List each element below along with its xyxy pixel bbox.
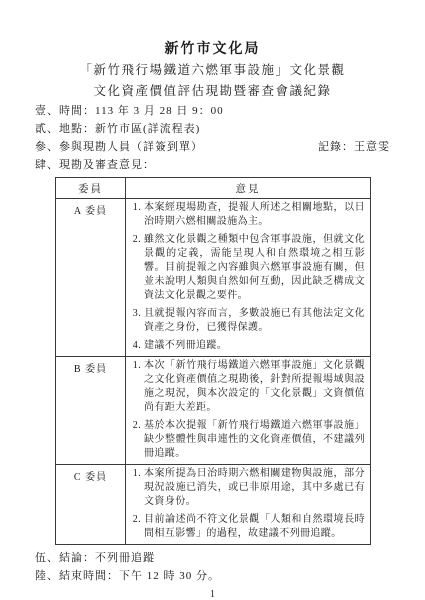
meta-time: 壹、時間：113 年 3 月 28 日 9：00 — [35, 102, 390, 120]
opinion-item: 目前論述尚不符文化景觀「人類和自然環境長時間相互影響」的過程，故建議不列冊追蹤。 — [144, 513, 365, 541]
opinion-item: 本案經現場勘查，提報人所述之相關地點，以日治時期六燃相關設施為主。 — [144, 201, 365, 229]
committee-cell: C 委員 — [56, 465, 126, 545]
meta-review-heading: 肆、現勘及審查意見： — [35, 156, 390, 174]
opinion-list: 本案所提為日治時期六燃相關建物與設施，部分現況設施已消失，或已非原用途，其中多處… — [128, 467, 365, 541]
opinion-item: 本案所提為日治時期六燃相關建物與設施，部分現況設施已消失，或已非原用途，其中多處… — [144, 467, 365, 509]
doc-subtitle-line2: 文化資產價值評估現勘暨審查會議紀錄 — [35, 81, 390, 102]
meta-attendees: 參、參與現勘人員（詳簽到單） — [35, 138, 203, 156]
opinion-cell: 本案經現場勘查，提報人所述之相關地點，以日治時期六燃相關設施為主。雖然文化景觀之… — [126, 199, 371, 357]
committee-cell: B 委員 — [56, 357, 126, 465]
meta-attendees-row: 參、參與現勘人員（詳簽到單） 記錄：王意雯 — [35, 138, 390, 156]
meta-place: 貳、地點：新竹市區(詳流程表) — [35, 120, 390, 138]
opinion-item: 基於本次提報「新竹飛行場鐵道六燃軍事設施」缺少整體性與串連性的文化資產價值，不建… — [144, 419, 365, 461]
column-header-committee: 委員 — [56, 178, 126, 199]
page-number: 1 — [35, 589, 390, 600]
table-row: A 委員本案經現場勘查，提報人所述之相關地點，以日治時期六燃相關設施為主。雖然文… — [56, 199, 371, 357]
document-page: 新竹市文化局 「新竹飛行場鐵道六燃軍事設施」文化景觀 文化資產價值評估現勘暨審查… — [0, 0, 425, 600]
opinion-item: 本次「新竹飛行場鐵道六燃軍事設施」文化景觀之文化資產價值之現勘後，針對所提報場域… — [144, 359, 365, 415]
opinion-list: 本次「新竹飛行場鐵道六燃軍事設施」文化景觀之文化資產價值之現勘後，針對所提報場域… — [128, 359, 365, 461]
meta-end-time: 陸、結束時間：下午 12 時 30 分。 — [35, 567, 390, 585]
column-header-opinion: 意見 — [126, 178, 371, 199]
table-row: B 委員本次「新竹飛行場鐵道六燃軍事設施」文化景觀之文化資產價值之現勘後，針對所… — [56, 357, 371, 465]
table-header-row: 委員 意見 — [56, 178, 371, 199]
opinion-item: 且就提報內容而言，多數設施已有其他法定文化資產之身份，已獲得保護。 — [144, 307, 365, 335]
opinion-item: 建議不列冊追蹤。 — [144, 339, 365, 353]
opinion-list: 本案經現場勘查，提報人所述之相關地點，以日治時期六燃相關設施為主。雖然文化景觀之… — [128, 201, 365, 353]
review-opinion-table: 委員 意見 A 委員本案經現場勘查，提報人所述之相關地點，以日治時期六燃相關設施… — [55, 177, 371, 545]
opinion-item: 雖然文化景觀之種類中包含軍事設施，但就文化景觀的定義，需能呈現人和自然環境之相互… — [144, 233, 365, 303]
opinion-cell: 本次「新竹飛行場鐵道六燃軍事設施」文化景觀之文化資產價值之現勘後，針對所提報場域… — [126, 357, 371, 465]
org-title: 新竹市文化局 — [35, 40, 390, 60]
doc-subtitle-line1: 「新竹飛行場鐵道六燃軍事設施」文化景觀 — [35, 60, 390, 81]
committee-cell: A 委員 — [56, 199, 126, 357]
opinion-cell: 本案所提為日治時期六燃相關建物與設施，部分現況設施已消失，或已非原用途，其中多處… — [126, 465, 371, 545]
table-row: C 委員本案所提為日治時期六燃相關建物與設施，部分現況設施已消失，或已非原用途，… — [56, 465, 371, 545]
meta-recorder: 記錄：王意雯 — [318, 138, 390, 156]
footer-block: 伍、結論：不列冊追蹤 陸、結束時間：下午 12 時 30 分。 — [35, 549, 390, 585]
meta-conclusion: 伍、結論：不列冊追蹤 — [35, 549, 390, 567]
